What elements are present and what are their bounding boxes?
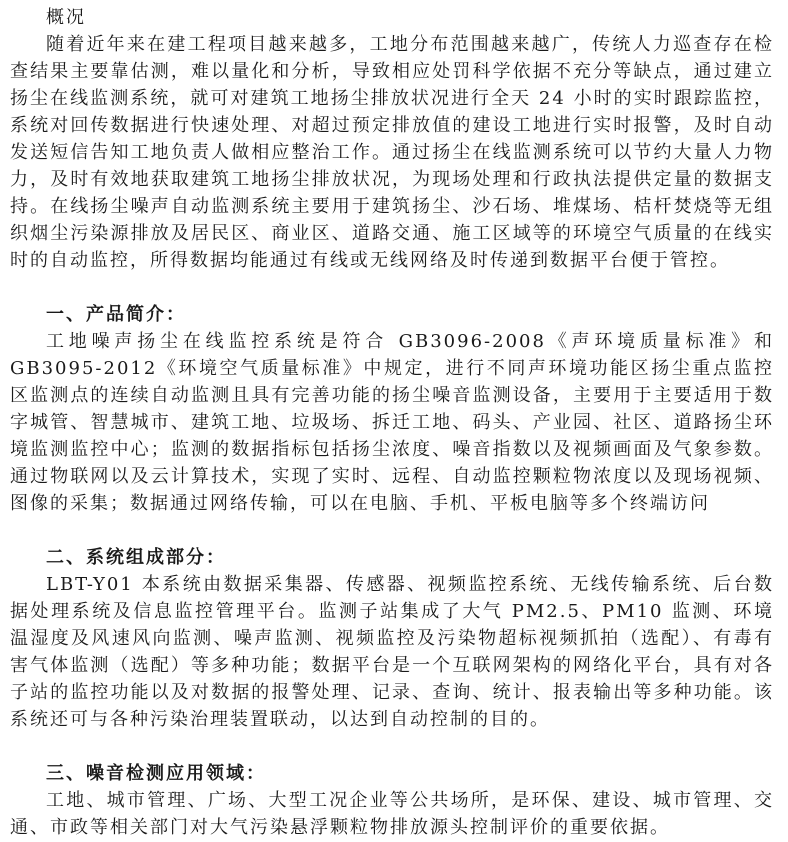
section-application-areas: 三、噪音检测应用领域： 工地、城市管理、广场、大型工况企业等公共场所，是环保、建… (10, 760, 774, 841)
section-heading-system-components: 二、系统组成部分： (10, 544, 774, 571)
section-body-application-areas: 工地、城市管理、广场、大型工况企业等公共场所，是环保、建设、城市管理、交通、市政… (10, 787, 774, 841)
section-body-product-intro: 工地噪声扬尘在线监控系统是符合 GB3096-2008《声环境质量标准》和 GB… (10, 328, 774, 517)
section-heading-application-areas: 三、噪音检测应用领域： (10, 760, 774, 787)
overview-paragraph: 随着近年来在建工程项目越来越多，工地分布范围越来越广，传统人力巡查存在检查结果主… (10, 31, 774, 274)
overview-heading: 概况 (10, 4, 774, 31)
section-product-intro: 一、产品简介： 工地噪声扬尘在线监控系统是符合 GB3096-2008《声环境质… (10, 301, 774, 517)
document-page: 概况 随着近年来在建工程项目越来越多，工地分布范围越来越广，传统人力巡查存在检查… (0, 0, 788, 842)
section-heading-product-intro: 一、产品简介： (10, 301, 774, 328)
section-body-system-components: LBT-Y01 本系统由数据采集器、传感器、视频监控系统、无线传输系统、后台数据… (10, 571, 774, 733)
section-system-components: 二、系统组成部分： LBT-Y01 本系统由数据采集器、传感器、视频监控系统、无… (10, 544, 774, 733)
